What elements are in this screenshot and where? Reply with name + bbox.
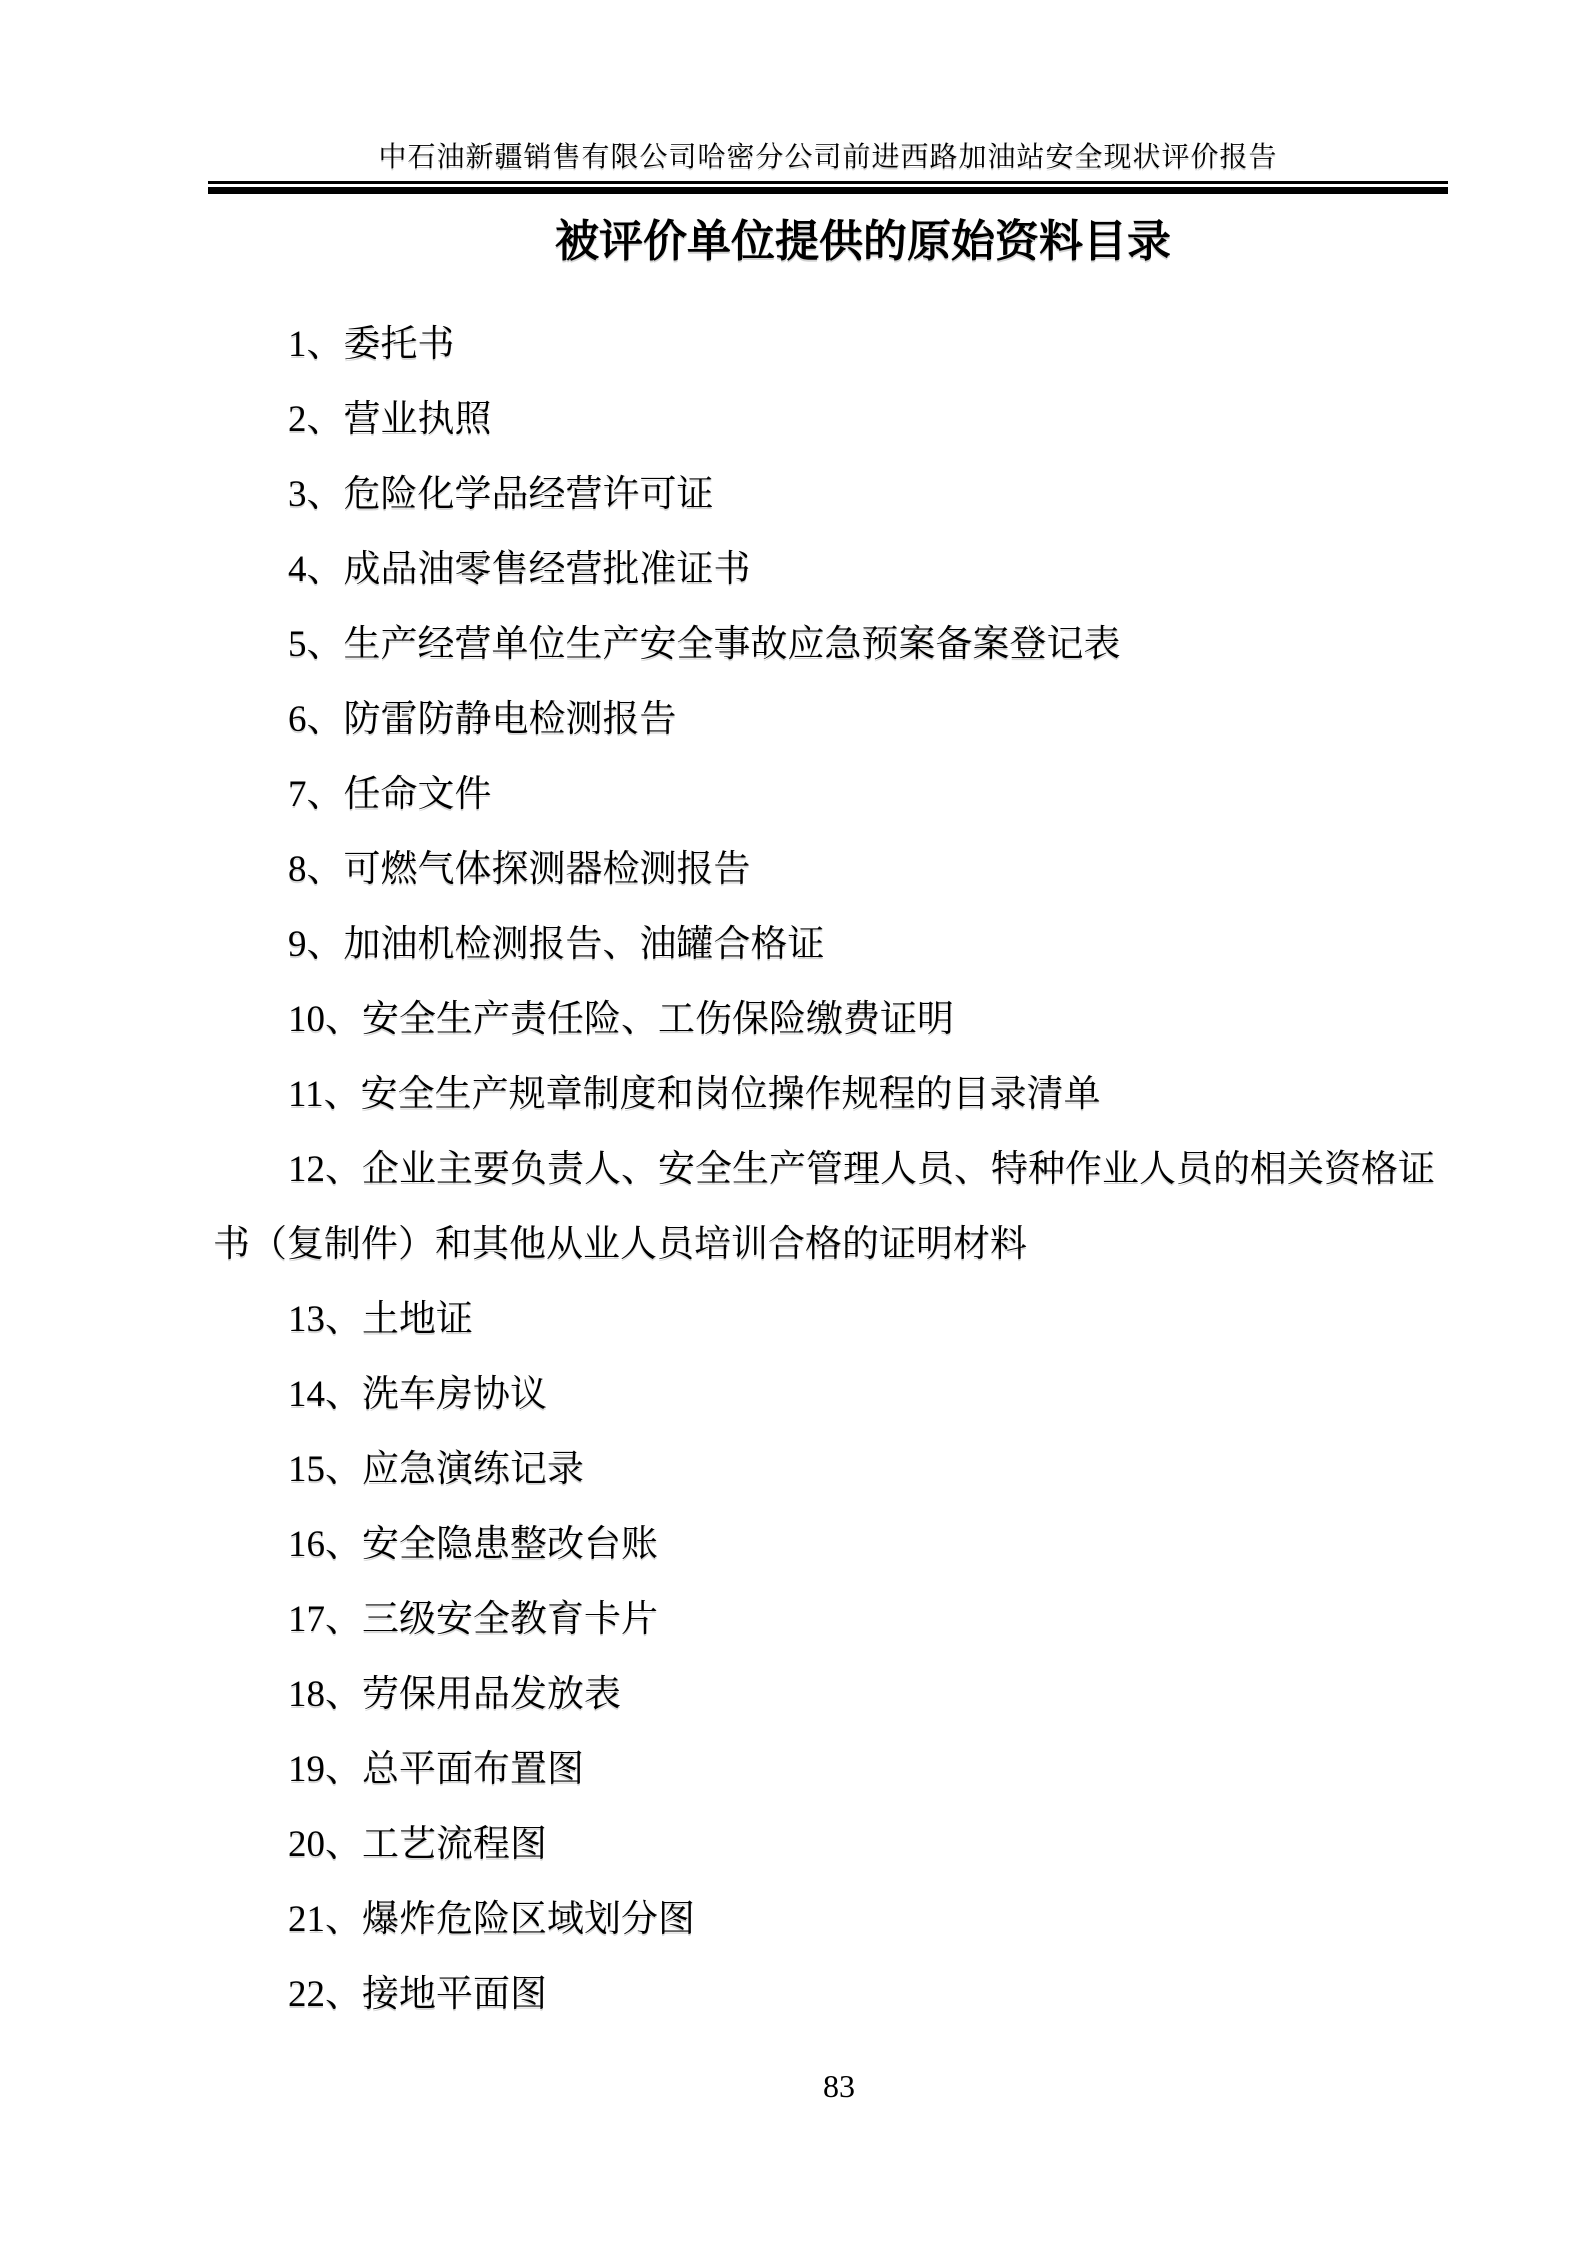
list-item: 11、安全生产规章制度和岗位操作规程的目录清单 <box>208 1057 1568 1132</box>
report-header-text: 中石油新疆销售有限公司哈密分公司前进西路加油站安全现状评价报告 <box>208 144 1448 172</box>
list-item: 14、洗车房协议 <box>208 1357 1568 1432</box>
list-item: 1、委托书 <box>208 307 1568 382</box>
list-item: 9、加油机检测报告、油罐合格证 <box>208 907 1568 982</box>
list-item: 22、接地平面图 <box>208 1957 1568 2032</box>
list-item: 3、危险化学品经营许可证 <box>208 457 1568 532</box>
original-materials-list: 1、委托书 2、营业执照 3、危险化学品经营许可证 4、成品油零售经营批准证书 … <box>208 307 1568 2032</box>
list-item: 21、爆炸危险区域划分图 <box>208 1882 1568 1957</box>
list-item: 6、防雷防静电检测报告 <box>208 682 1568 757</box>
list-item: 15、应急演练记录 <box>208 1432 1568 1507</box>
list-item: 4、成品油零售经营批准证书 <box>208 532 1568 607</box>
document-page: 中石油新疆销售有限公司哈密分公司前进西路加油站安全现状评价报告 被评价单位提供的… <box>0 0 1587 2245</box>
list-item: 20、工艺流程图 <box>208 1807 1568 1882</box>
list-item: 5、生产经营单位生产安全事故应急预案备案登记表 <box>208 607 1568 682</box>
list-item-continuation: 书（复制件）和其他从业人员培训合格的证明材料 <box>208 1207 1568 1282</box>
page-number: 83 <box>208 2070 1448 2102</box>
list-item: 7、任命文件 <box>208 757 1568 832</box>
header-rule-thick <box>208 187 1448 194</box>
list-item: 16、安全隐患整改台账 <box>208 1507 1568 1582</box>
list-item: 19、总平面布置图 <box>208 1732 1568 1807</box>
list-item: 12、企业主要负责人、安全生产管理人员、特种作业人员的相关资格证 <box>208 1132 1568 1207</box>
list-item: 10、安全生产责任险、工伤保险缴费证明 <box>208 982 1568 1057</box>
list-item: 18、劳保用品发放表 <box>208 1657 1568 1732</box>
list-item: 8、可燃气体探测器检测报告 <box>208 832 1568 907</box>
list-item: 13、土地证 <box>208 1282 1568 1357</box>
list-item: 2、营业执照 <box>208 382 1568 457</box>
page-title: 被评价单位提供的原始资料目录 <box>208 216 1448 268</box>
list-item: 17、三级安全教育卡片 <box>208 1582 1568 1657</box>
header-rule-thin <box>208 181 1448 184</box>
